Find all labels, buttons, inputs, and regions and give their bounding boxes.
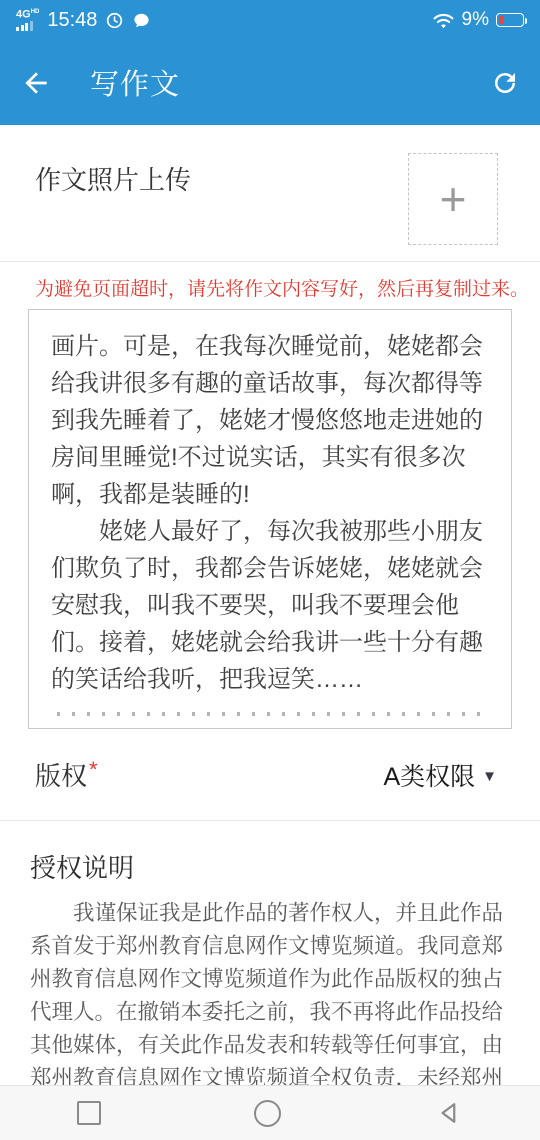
alarm-clock-icon — [105, 11, 124, 30]
android-navigation-bar — [0, 1085, 540, 1140]
refresh-button[interactable] — [490, 68, 520, 98]
recents-button[interactable] — [77, 1101, 101, 1125]
status-bar: 4GHD 15:48 9% — [0, 0, 540, 40]
app-bar: 写作文 — [0, 40, 540, 125]
cellular-signal-icon: 4GHD — [16, 9, 39, 32]
home-circle-icon — [254, 1100, 281, 1127]
timeout-warning-row: 为避免页面超时，请先将作文内容写好，然后再复制过来。 — [0, 262, 540, 309]
authorization-title: 授权说明 — [30, 851, 510, 885]
battery-icon — [496, 13, 524, 27]
copyright-label: 版权 — [35, 756, 87, 793]
copyright-row: 版权* A类权限 ▼ — [0, 729, 540, 821]
battery-low-fill — [499, 16, 504, 24]
battery-percent-label: 9% — [462, 9, 489, 31]
clock-time: 15:48 — [47, 9, 97, 32]
essay-paragraph: 姥姥人最好了，每次我被那些小朋友们欺负了时，我都会告诉姥姥，姥姥就会安慰我，叫我… — [51, 513, 485, 698]
required-asterisk: * — [89, 757, 98, 783]
essay-content-textarea[interactable]: 画片。可是，在我每次睡觉前，姥姥都会给我讲很多有趣的童话故事，每次都得等到我先睡… — [28, 309, 512, 729]
photo-upload-section: 作文照片上传 + — [0, 125, 540, 262]
plus-icon: + — [440, 176, 467, 222]
chevron-down-icon: ▼ — [482, 764, 497, 785]
timeout-warning-text: 为避免页面超时，请先将作文内容写好，然后再复制过来。 — [35, 279, 529, 300]
authorization-body: 我谨保证我是此作品的著作权人，并且此作品系首发于郑州教育信息网作文博览频道。我同… — [30, 897, 510, 1095]
clipped-text-tops — [57, 712, 483, 716]
photo-upload-label: 作文照片上传 — [35, 160, 191, 197]
page-title: 写作文 — [90, 62, 180, 103]
wifi-icon — [432, 11, 455, 30]
back-nav-button[interactable] — [435, 1099, 463, 1127]
signal-bars-icon — [16, 21, 33, 31]
hd-voice-badge: HD — [31, 9, 40, 15]
authorization-section: 授权说明 我谨保证我是此作品的著作权人，并且此作品系首发于郑州教育信息网作文博览… — [0, 821, 540, 1095]
recents-square-icon — [77, 1101, 101, 1125]
home-button[interactable] — [254, 1100, 281, 1127]
app-screen: 4GHD 15:48 9% 写作文 作 — [0, 0, 540, 1140]
chat-bubble-icon — [132, 11, 151, 30]
back-button[interactable] — [20, 67, 52, 99]
add-photo-button[interactable]: + — [408, 153, 498, 245]
essay-paragraph: 画片。可是，在我每次睡觉前，姥姥都会给我讲很多有趣的童话故事，每次都得等到我先睡… — [51, 328, 485, 513]
essay-text-viewport: 画片。可是，在我每次睡觉前，姥姥都会给我讲很多有趣的童话故事，每次都得等到我先睡… — [51, 328, 485, 710]
copyright-selected-value: A类权限 — [383, 757, 475, 793]
copyright-dropdown[interactable]: A类权限 ▼ — [383, 757, 497, 793]
network-type-label: 4G — [16, 8, 31, 20]
